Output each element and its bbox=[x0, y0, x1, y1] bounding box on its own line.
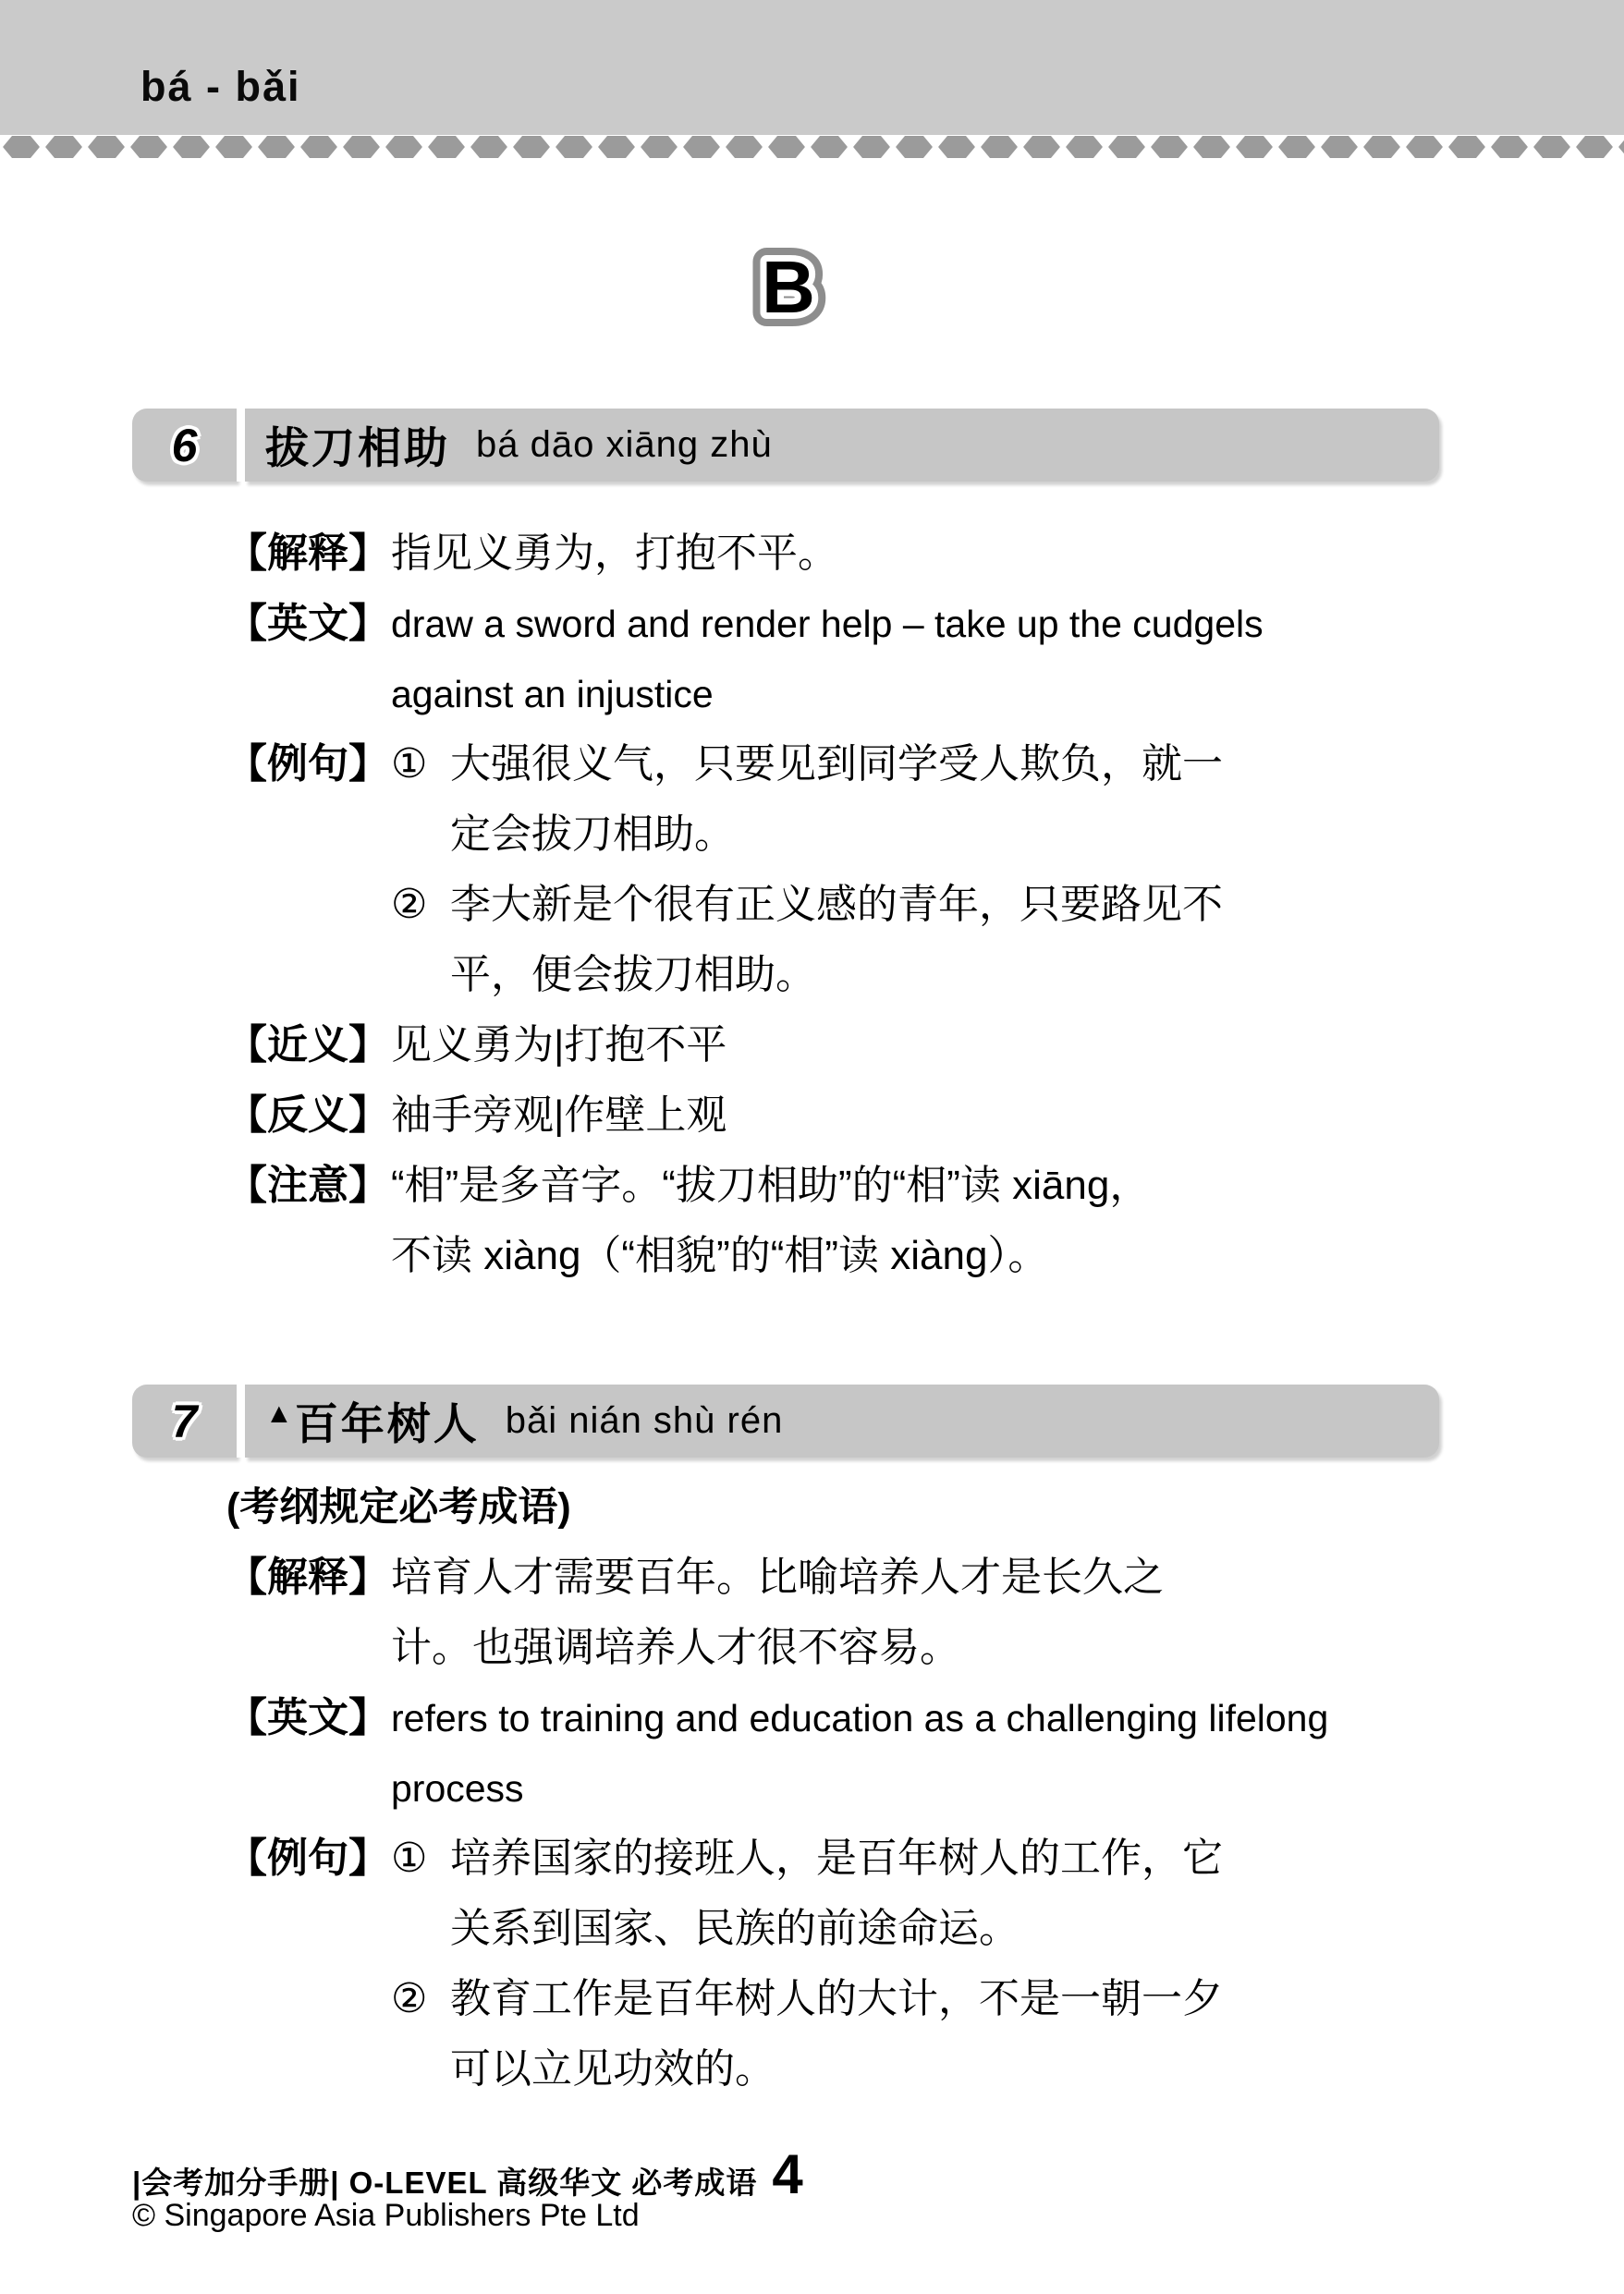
footer-series-title: |会考加分手册| O-LEVEL 高级华文 必考成语 bbox=[132, 2159, 757, 2202]
entry-body: 【解释】 指见义勇为，打抱不平。 【英文】 draw a sword and r… bbox=[226, 519, 1497, 1291]
required-idiom-triangle-marker: ▲ bbox=[265, 1398, 293, 1429]
section-label: 【英文】 bbox=[226, 1683, 391, 1824]
example-number: ① bbox=[391, 729, 450, 870]
section-label: 【例句】 bbox=[226, 729, 391, 1010]
section-content: ① 培养国家的接班人，是百年树人的工作，它 关系到国家、民族的前途命运。 ② 教… bbox=[391, 1824, 1497, 2105]
section-content: draw a sword and render help – take up t… bbox=[391, 589, 1497, 729]
example-line: 关系到国家、民族的前途命运。 bbox=[450, 1894, 1223, 1964]
example-lines: 培养国家的接班人，是百年树人的工作，它 关系到国家、民族的前途命运。 bbox=[450, 1824, 1223, 1964]
section-line: 指见义勇为，打抱不平。 bbox=[391, 519, 1497, 589]
section-content: 指见义勇为，打抱不平。 bbox=[391, 519, 1497, 589]
section-content: 见义勇为|打抱不平 bbox=[391, 1010, 1497, 1080]
example-number: ② bbox=[391, 870, 450, 1010]
entry-spacer bbox=[0, 1291, 1624, 1385]
section-label: 【注意】 bbox=[226, 1151, 391, 1291]
entry-body: 【解释】 培育人才需要百年。比喻培养人才是长久之 计。也强调培养人才很不容易。 … bbox=[226, 1543, 1497, 2105]
section-content: “相”是多音字。“拔刀相助”的“相”读 xiāng， 不读 xiàng（“相貌”… bbox=[391, 1151, 1497, 1291]
book-page: bá - bǎi B B B bbox=[0, 0, 1624, 2294]
section-letter-badge: B B B bbox=[0, 237, 1624, 333]
section-line: 不读 xiàng（“相貌”的“相”读 xiàng）。 bbox=[391, 1221, 1497, 1291]
decorative-border-pattern bbox=[0, 135, 1624, 159]
section-label: 【解释】 bbox=[226, 519, 391, 589]
section-line: 袖手旁观|作壁上观 bbox=[391, 1080, 1497, 1151]
example-number: ② bbox=[391, 1964, 450, 2105]
example-item: ② 教育工作是百年树人的大计，不是一朝一夕 可以立见功效的。 bbox=[391, 1964, 1497, 2105]
example-item: ② 李大新是个很有正义感的青年，只要路见不 平，便会拔刀相助。 bbox=[391, 870, 1497, 1010]
section-label: 【解释】 bbox=[226, 1543, 391, 1683]
entry-header-bar: 6 拔刀相助 bá dāo xiāng zhù bbox=[132, 409, 1439, 482]
section-line: 培育人才需要百年。比喻培养人才是长久之 bbox=[391, 1543, 1497, 1613]
example-item: ① 大强很义气，只要见到同学受人欺负，就一 定会拔刀相助。 bbox=[391, 729, 1497, 870]
footer-copyright: © Singapore Asia Publishers Pte Ltd bbox=[132, 2198, 640, 2234]
section-antonyms: 【反义】 袖手旁观|作壁上观 bbox=[226, 1080, 1497, 1151]
section-definition: 【解释】 指见义勇为，打抱不平。 bbox=[226, 519, 1497, 589]
entry-number-box: 7 bbox=[132, 1385, 237, 1458]
section-english: 【英文】 refers to training and education as… bbox=[226, 1683, 1497, 1824]
section-label: 【例句】 bbox=[226, 1824, 391, 2105]
section-examples: 【例句】 ① 大强很义气，只要见到同学受人欺负，就一 定会拔刀相助。 ② 李大新… bbox=[226, 729, 1497, 1010]
idiom-entry-6: 6 拔刀相助 bá dāo xiāng zhù 【解释】 指见义勇为，打抱不平。… bbox=[0, 409, 1624, 1291]
entry-number: 6 bbox=[172, 419, 198, 472]
entry-syllabus-note: (考纲规定必考成语) bbox=[226, 1478, 1624, 1537]
entry-idiom: 百年树人 bbox=[295, 1399, 480, 1448]
example-line: 大强很义气，只要见到同学受人欺负，就一 bbox=[450, 729, 1223, 799]
example-item: ① 培养国家的接班人，是百年树人的工作，它 关系到国家、民族的前途命运。 bbox=[391, 1824, 1497, 1964]
example-line: 平，便会拔刀相助。 bbox=[450, 940, 1223, 1010]
example-lines: 大强很义气，只要见到同学受人欺负，就一 定会拔刀相助。 bbox=[450, 729, 1223, 870]
section-line: process bbox=[391, 1753, 1497, 1824]
example-number: ① bbox=[391, 1824, 450, 1964]
example-line: 可以立见功效的。 bbox=[450, 2034, 1223, 2105]
page-header: bá - bǎi bbox=[0, 0, 1624, 135]
entry-pinyin: bǎi nián shù rén bbox=[506, 1400, 784, 1442]
example-line: 定会拔刀相助。 bbox=[450, 799, 1223, 870]
example-lines: 李大新是个很有正义感的青年，只要路见不 平，便会拔刀相助。 bbox=[450, 870, 1223, 1010]
section-english: 【英文】 draw a sword and render help – take… bbox=[226, 589, 1497, 729]
section-attention: 【注意】 “相”是多音字。“拔刀相助”的“相”读 xiāng， 不读 xiàng… bbox=[226, 1151, 1497, 1291]
entry-bar-divider bbox=[237, 1385, 245, 1458]
entry-number-box: 6 bbox=[132, 409, 237, 482]
section-label: 【反义】 bbox=[226, 1080, 391, 1151]
page-number: 4 bbox=[760, 2142, 815, 2206]
entry-header-bar: 7 ▲百年树人 bǎi nián shù rén bbox=[132, 1385, 1439, 1458]
section-line: 见义勇为|打抱不平 bbox=[391, 1010, 1497, 1080]
example-line: 教育工作是百年树人的大计，不是一朝一夕 bbox=[450, 1964, 1223, 2034]
entry-idiom-group: ▲百年树人 bbox=[265, 1390, 480, 1452]
example-line: 培养国家的接班人，是百年树人的工作，它 bbox=[450, 1824, 1223, 1894]
section-content: refers to training and education as a ch… bbox=[391, 1683, 1497, 1824]
pinyin-range-label: bá - bǎi bbox=[140, 63, 301, 111]
section-letter-bubble: B B B bbox=[738, 229, 839, 338]
section-line: refers to training and education as a ch… bbox=[391, 1683, 1497, 1753]
example-line: 李大新是个很有正义感的青年，只要路见不 bbox=[450, 870, 1223, 940]
section-label: 【近义】 bbox=[226, 1010, 391, 1080]
idiom-entry-7: 7 ▲百年树人 bǎi nián shù rén (考纲规定必考成语) 【解释】… bbox=[0, 1385, 1624, 2105]
section-label: 【英文】 bbox=[226, 589, 391, 729]
entry-idiom: 拔刀相助 bbox=[265, 414, 450, 476]
section-content: 培育人才需要百年。比喻培养人才是长久之 计。也强调培养人才很不容易。 bbox=[391, 1543, 1497, 1683]
section-line: “相”是多音字。“拔刀相助”的“相”读 xiāng， bbox=[391, 1151, 1497, 1221]
entry-bar-divider bbox=[237, 409, 245, 482]
entry-title-bar: 拔刀相助 bá dāo xiāng zhù bbox=[245, 409, 1439, 482]
section-content: 袖手旁观|作壁上观 bbox=[391, 1080, 1497, 1151]
section-definition: 【解释】 培育人才需要百年。比喻培养人才是长久之 计。也强调培养人才很不容易。 bbox=[226, 1543, 1497, 1683]
section-line: against an injustice bbox=[391, 659, 1497, 729]
section-content: ① 大强很义气，只要见到同学受人欺负，就一 定会拔刀相助。 ② 李大新是个很有正… bbox=[391, 729, 1497, 1010]
section-line: 计。也强调培养人才很不容易。 bbox=[391, 1613, 1497, 1683]
entry-number: 7 bbox=[172, 1395, 198, 1448]
example-lines: 教育工作是百年树人的大计，不是一朝一夕 可以立见功效的。 bbox=[450, 1964, 1223, 2105]
section-synonyms: 【近义】 见义勇为|打抱不平 bbox=[226, 1010, 1497, 1080]
section-examples: 【例句】 ① 培养国家的接班人，是百年树人的工作，它 关系到国家、民族的前途命运… bbox=[226, 1824, 1497, 2105]
entry-pinyin: bá dāo xiāng zhù bbox=[476, 424, 773, 466]
entry-title-bar: ▲百年树人 bǎi nián shù rén bbox=[245, 1385, 1439, 1458]
section-letter: B bbox=[762, 246, 815, 328]
section-line: draw a sword and render help – take up t… bbox=[391, 589, 1497, 659]
